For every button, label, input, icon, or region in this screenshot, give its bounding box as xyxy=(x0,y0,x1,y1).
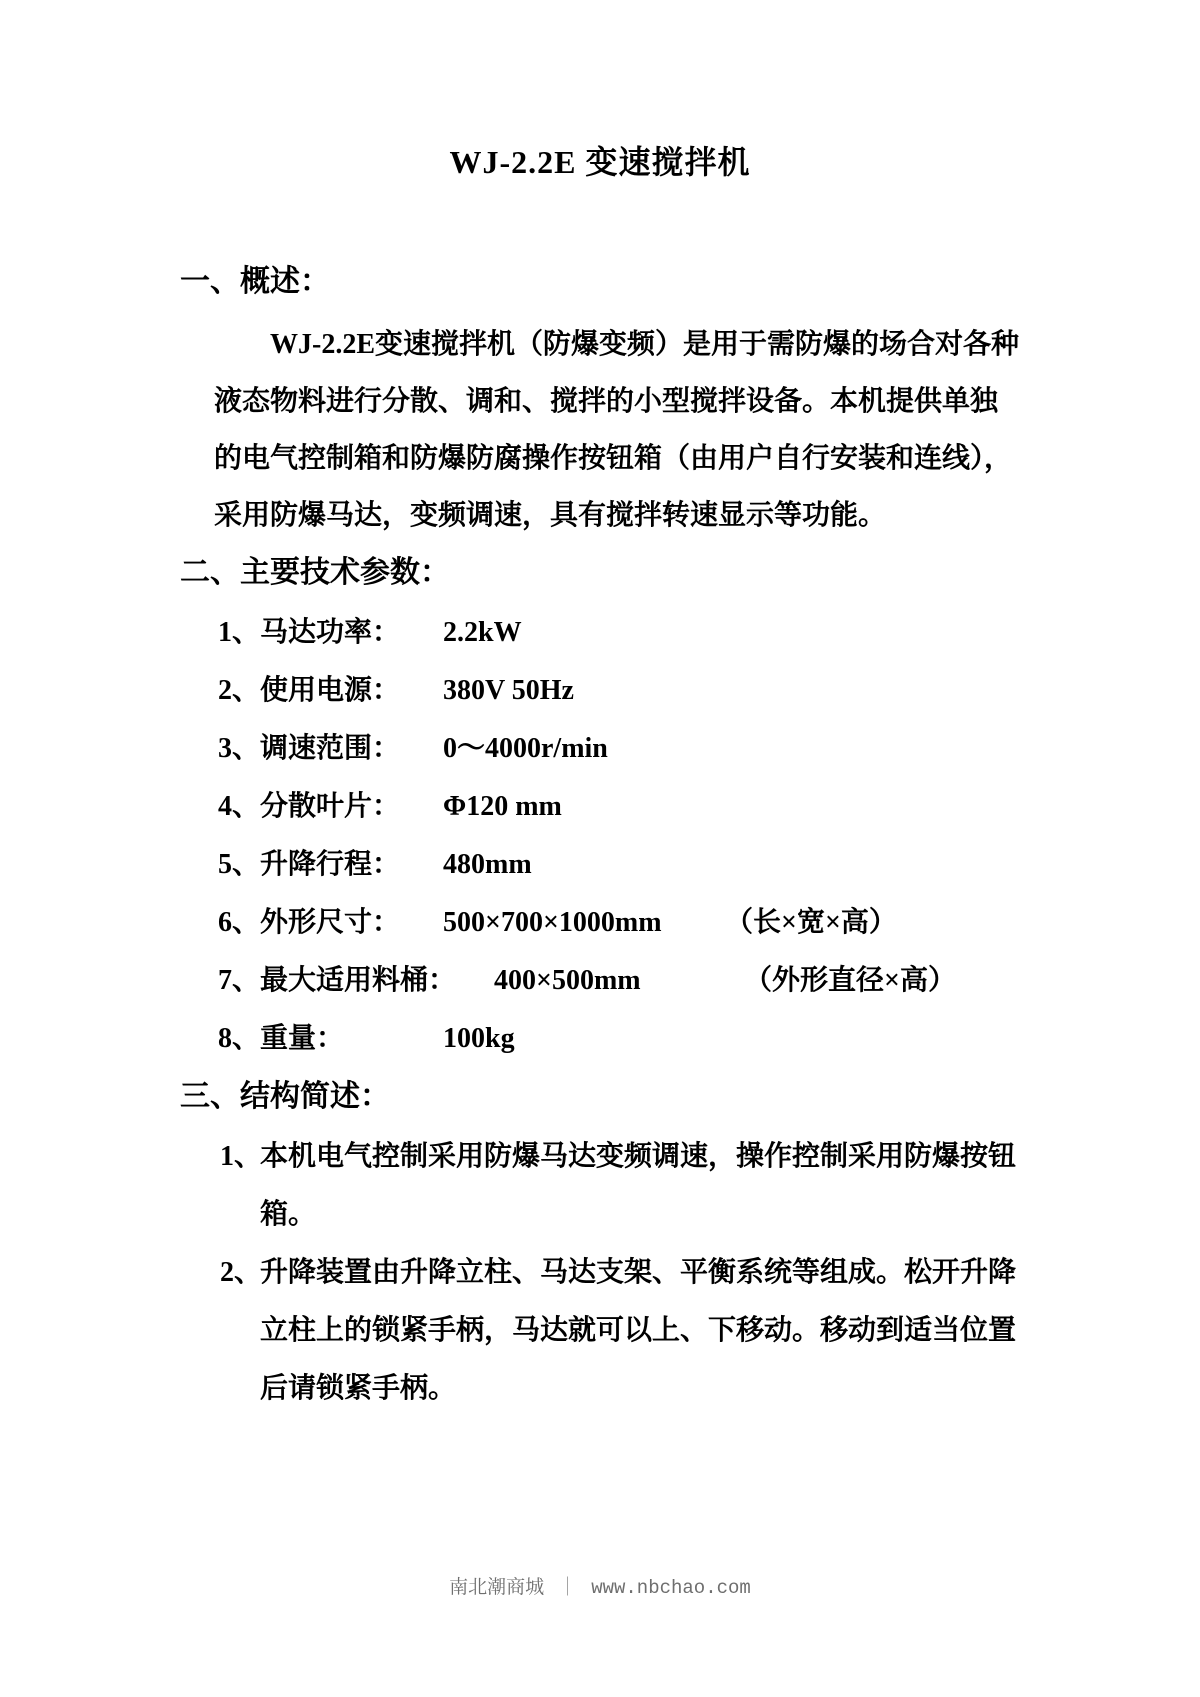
parameter-label: 8、重量： xyxy=(218,1010,443,1068)
parameter-row-dimensions: 6、外形尺寸：500×700×1000mm（长×宽×高） xyxy=(218,894,1200,952)
text-line: 后请锁紧手柄。 xyxy=(260,1360,1200,1418)
parameter-label: 6、外形尺寸： xyxy=(218,894,443,952)
parameter-row-dispersion-blade: 4、分散叶片：Φ120 mm xyxy=(218,778,1200,836)
structure-list: 1、 本机电气控制采用防爆马达变频调速，操作控制采用防爆按钮 箱。 2、 升降装… xyxy=(0,1128,1200,1418)
paragraph-line: 的电气控制箱和防爆防腐操作按钮箱（由用户自行安装和连线）， xyxy=(214,430,1200,487)
section-heading-structure: 三、结构简述： xyxy=(180,1068,1200,1125)
text-line: 箱。 xyxy=(260,1186,1200,1244)
parameter-label: 3、调速范围： xyxy=(218,720,443,778)
parameter-value: Φ120 mm xyxy=(443,778,725,836)
text-line: 升降装置由升降立柱、马达支架、平衡系统等组成。松开升降 xyxy=(260,1244,1200,1302)
footer-separator: ｜ xyxy=(558,1577,577,1599)
parameter-row-lift-stroke: 5、升降行程：480mm xyxy=(218,836,1200,894)
parameter-list: 1、马达功率：2.2kW 2、使用电源：380V 50Hz 3、调速范围：0～4… xyxy=(0,604,1200,1068)
text-line: 立柱上的锁紧手柄，马达就可以上、下移动。移动到适当位置 xyxy=(260,1302,1200,1360)
parameter-label: 2、使用电源： xyxy=(218,662,443,720)
parameter-row-motor-power: 1、马达功率：2.2kW xyxy=(218,604,1200,662)
parameter-value: 2.2kW xyxy=(443,604,725,662)
list-item-number: 2、 xyxy=(220,1244,260,1418)
parameter-row-max-barrel: 7、最大适用料桶：400×500mm（外形直径×高） xyxy=(218,952,1200,1010)
paragraph-line: WJ-2.2E变速搅拌机（防爆变频）是用于需防爆的场合对各种 xyxy=(214,316,1200,373)
structure-item: 2、 升降装置由升降立柱、马达支架、平衡系统等组成。松开升降 立柱上的锁紧手柄，… xyxy=(220,1244,1200,1418)
list-item-text: 本机电气控制采用防爆马达变频调速，操作控制采用防爆按钮 箱。 xyxy=(260,1128,1200,1244)
overview-paragraph: WJ-2.2E变速搅拌机（防爆变频）是用于需防爆的场合对各种 液态物料进行分散、… xyxy=(0,316,1200,544)
parameter-note: （长×宽×高） xyxy=(725,907,897,938)
parameter-row-speed-range: 3、调速范围：0～4000r/min xyxy=(218,720,1200,778)
parameter-value: 380V 50Hz xyxy=(443,662,725,720)
paragraph-line: 采用防爆马达，变频调速，具有搅拌转速显示等功能。 xyxy=(214,487,1200,544)
parameter-label: 1、马达功率： xyxy=(218,604,443,662)
list-item-text: 升降装置由升降立柱、马达支架、平衡系统等组成。松开升降 立柱上的锁紧手柄，马达就… xyxy=(260,1244,1200,1418)
parameter-value: 400×500mm xyxy=(494,952,744,1010)
structure-item: 1、 本机电气控制采用防爆马达变频调速，操作控制采用防爆按钮 箱。 xyxy=(220,1128,1200,1244)
section-heading-parameters: 二、主要技术参数： xyxy=(180,544,1200,601)
parameter-value: 480mm xyxy=(443,836,725,894)
list-item-number: 1、 xyxy=(220,1128,260,1244)
parameter-value: 500×700×1000mm xyxy=(443,894,725,952)
parameter-note: （外形直径×高） xyxy=(744,965,956,996)
footer-site-name: 南北潮商城 xyxy=(449,1577,544,1599)
parameter-label: 4、分散叶片： xyxy=(218,778,443,836)
parameter-row-weight: 8、重量：100kg xyxy=(218,1010,1200,1068)
text-line: 本机电气控制采用防爆马达变频调速，操作控制采用防爆按钮 xyxy=(260,1128,1200,1186)
paragraph-line: 液态物料进行分散、调和、搅拌的小型搅拌设备。本机提供单独 xyxy=(214,373,1200,430)
footer-url: www.nbchao.com xyxy=(591,1577,751,1599)
document-page: WJ-2.2E 变速搅拌机 一、概述： WJ-2.2E变速搅拌机（防爆变频）是用… xyxy=(0,0,1200,1697)
parameter-value: 100kg xyxy=(443,1010,725,1068)
document-title: WJ-2.2E 变速搅拌机 xyxy=(0,134,1200,191)
section-heading-overview: 一、概述： xyxy=(180,253,1200,310)
footer: 南北潮商城｜www.nbchao.com xyxy=(0,1576,1200,1600)
parameter-row-power-supply: 2、使用电源：380V 50Hz xyxy=(218,662,1200,720)
parameter-label: 5、升降行程： xyxy=(218,836,443,894)
parameter-label: 7、最大适用料桶： xyxy=(218,952,456,1010)
parameter-value: 0～4000r/min xyxy=(443,720,725,778)
